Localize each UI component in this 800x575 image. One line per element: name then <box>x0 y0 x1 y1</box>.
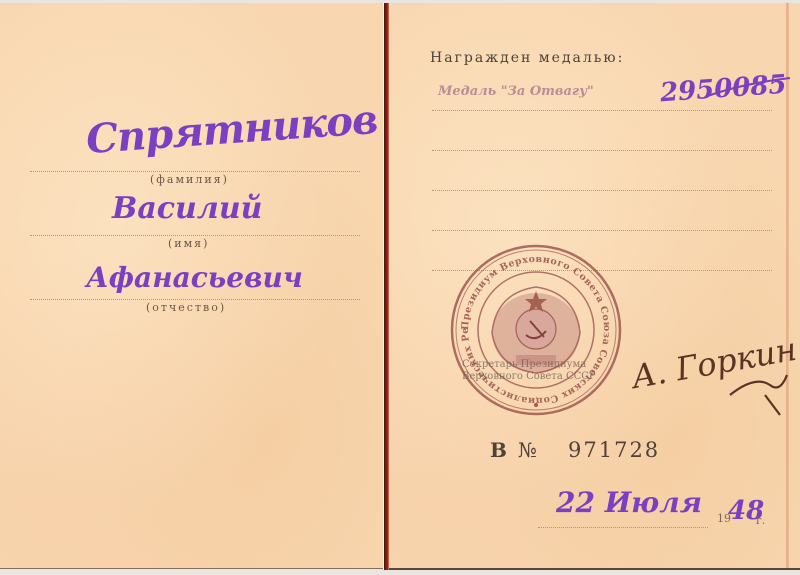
award-number-flourish <box>700 72 795 102</box>
patronymic-handwritten: Афанасьевич <box>86 261 303 294</box>
ussr-seal-icon: Президиум Верховного Совета Союза Советс… <box>446 243 626 418</box>
surname-label: (фамилия) <box>150 173 229 186</box>
first-name-handwritten: Василий <box>112 191 262 226</box>
year-suffix: г. <box>756 514 765 527</box>
date-line <box>538 527 708 528</box>
number-sign: № <box>518 438 537 462</box>
surname-line <box>30 171 360 172</box>
left-page: Спрятников (фамилия) Василий (имя) Афана… <box>0 3 384 569</box>
surname-handwritten: Спрятников <box>85 96 379 163</box>
date-handwritten: 22 Июля <box>556 486 702 519</box>
award-line-2 <box>432 150 772 151</box>
patronymic-line <box>30 299 360 300</box>
award-heading: Награжден медалью: <box>430 50 624 66</box>
award-line-3 <box>432 190 772 191</box>
series-letter: В <box>490 438 507 462</box>
certificate-number: 971728 <box>568 438 660 462</box>
signature-caption-line2: Верховного Совета СССР <box>462 371 596 383</box>
award-line-4 <box>432 230 772 231</box>
patronymic-label: (отчество) <box>146 301 226 314</box>
first-name-label: (имя) <box>168 237 209 250</box>
signature-caption: Секретарь Президиума Верховного Совета С… <box>462 359 596 383</box>
medal-name-stamp: Медаль "За Отвагу" <box>438 84 594 99</box>
award-line-1 <box>432 110 772 111</box>
signature-flourish <box>725 365 795 420</box>
signature-caption-line1: Секретарь Президиума <box>462 359 596 371</box>
first-name-line <box>30 235 360 236</box>
